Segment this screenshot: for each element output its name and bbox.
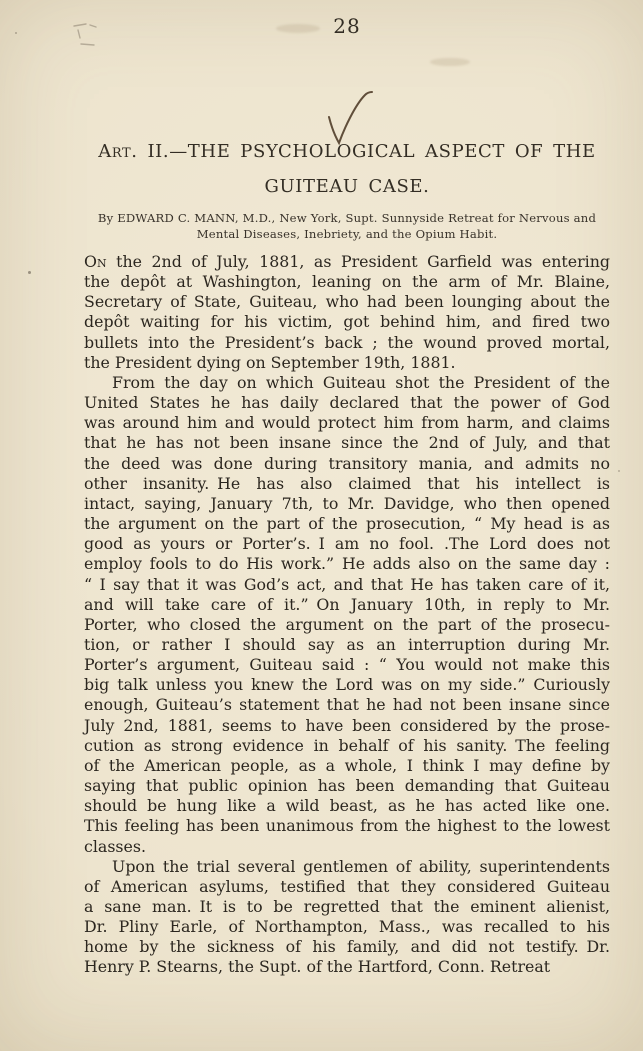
- opening-word: On: [84, 252, 116, 271]
- paper-speck: [618, 470, 620, 472]
- body-line: good as yours or Porter’s. I am no fool.…: [84, 534, 610, 554]
- body-line: On the 2nd of July, 1881, as President G…: [84, 252, 610, 272]
- body-line: saying that public opinion has been dema…: [84, 776, 610, 796]
- byline-line-1: By EDWARD C. MANN, M.D., New York, Supt.…: [84, 211, 610, 227]
- body-line: the President dying on September 19th, 1…: [84, 353, 610, 373]
- body-line: home by the sickness of his family, and …: [84, 937, 610, 957]
- title-line-1: Art. II.—THE PSYCHOLOGICAL ASPECT OF THE: [84, 135, 610, 170]
- body-line: other insanity. He has also claimed that…: [84, 474, 610, 494]
- body-line: the deed was done during transitory mani…: [84, 454, 610, 474]
- body-line: July 2nd, 1881, seems to have been consi…: [84, 716, 610, 736]
- body-line: United States he has daily declared that…: [84, 393, 610, 413]
- body-line: that he has not been insane since the 2n…: [84, 433, 610, 453]
- body-line: depôt waiting for his victim, got behind…: [84, 312, 610, 332]
- body-line: Upon the trial several gentlemen of abil…: [84, 857, 610, 877]
- body-line: of American asylums, testified that they…: [84, 877, 610, 897]
- body-line: cution as strong evidence in behalf of h…: [84, 736, 610, 756]
- page-number: 28: [84, 14, 610, 38]
- body-line: should be hung like a wild beast, as he …: [84, 796, 610, 816]
- body-line: Porter, who closed the argument on the p…: [84, 615, 610, 635]
- body-line: employ fools to do His work.” He adds al…: [84, 554, 610, 574]
- body-line: Dr. Pliny Earle, of Northampton, Mass., …: [84, 917, 610, 937]
- body-line: Henry P. Stearns, the Supt. of the Hartf…: [84, 957, 610, 977]
- body-line: a sane man. It is to be regretted that t…: [84, 897, 610, 917]
- body-line: classes.: [84, 837, 610, 857]
- body-line: This feeling has been unanimous from the…: [84, 816, 610, 836]
- paper-speck: [15, 32, 17, 34]
- article-number-label: Art.: [98, 141, 137, 162]
- body-line: “ I say that it was God’s act, and that …: [84, 575, 610, 595]
- body-line: Porter’s argument, Guiteau said : “ You …: [84, 655, 610, 675]
- byline-line-2: Mental Diseases, Inebriety, and the Opiu…: [84, 227, 610, 243]
- body-line: Secretary of State, Guiteau, who had bee…: [84, 292, 610, 312]
- body-line: the argument on the part of the prosecut…: [84, 514, 610, 534]
- body-line: was around him and would protect him fro…: [84, 413, 610, 433]
- body-line: tion, or rather I should say as an inter…: [84, 635, 610, 655]
- body-line: of the American people, as a whole, I th…: [84, 756, 610, 776]
- title-line-2: GUITEAU CASE.: [84, 170, 610, 205]
- body-line: intact, saying, January 7th, to Mr. Davi…: [84, 494, 610, 514]
- body-line: and will take care of it.” On January 10…: [84, 595, 610, 615]
- paper-smudge: [430, 58, 470, 66]
- body-line: big talk unless you knew the Lord was on…: [84, 675, 610, 695]
- body-line: enough, Guiteau’s statement that he had …: [84, 695, 610, 715]
- paper-speck: [28, 271, 31, 274]
- body-line: From the day on which Guiteau shot the P…: [84, 373, 610, 393]
- article-title: Art. II.—THE PSYCHOLOGICAL ASPECT OF THE…: [84, 135, 610, 204]
- article-body: On the 2nd of July, 1881, as President G…: [84, 252, 610, 978]
- byline: By EDWARD C. MANN, M.D., New York, Supt.…: [84, 211, 610, 242]
- body-line: the depôt at Washington, leaning on the …: [84, 272, 610, 292]
- body-line: bullets into the President’s back ; the …: [84, 333, 610, 353]
- scanned-journal-page: 28 Art. II.—THE PSYCHOLOGICAL ASPECT OF …: [0, 0, 643, 1051]
